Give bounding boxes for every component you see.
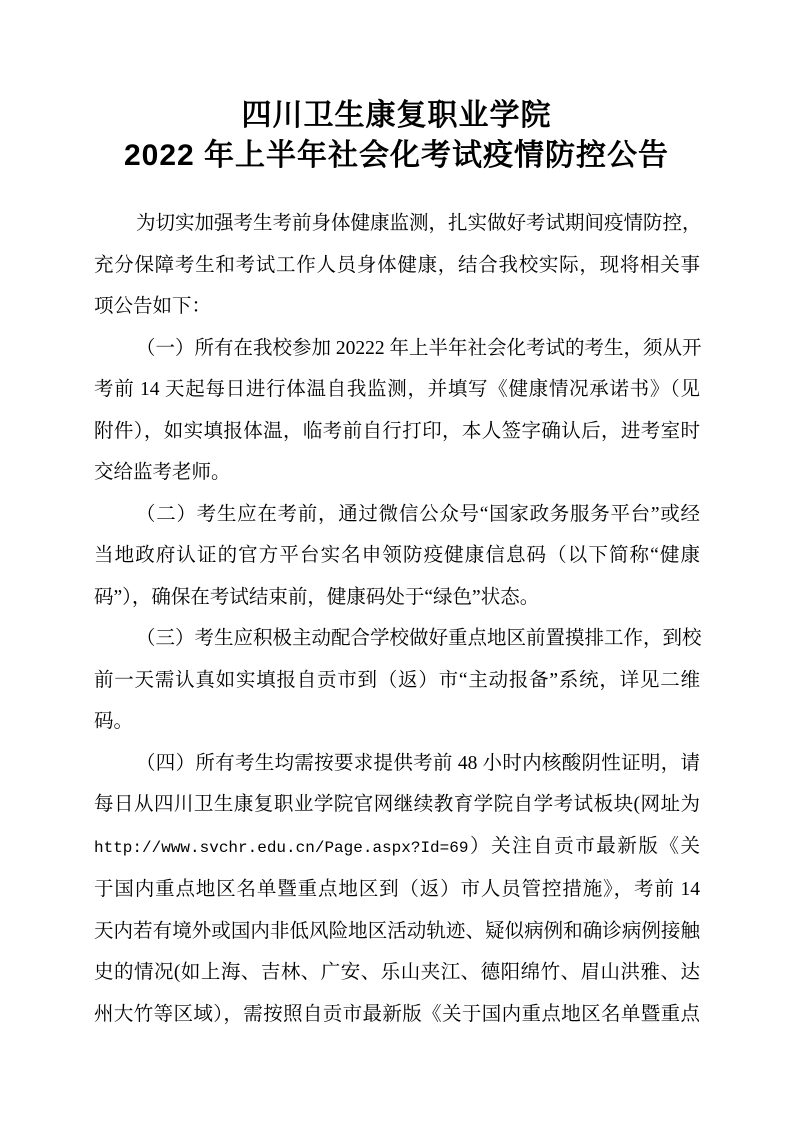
document-page: 四川卫生康复职业学院 2022 年上半年社会化考试疫情防控公告 为切实加强考生考… <box>0 0 793 1122</box>
url-text: http://www.svchr.edu.cn/Page.aspx?Id=69 <box>94 839 468 857</box>
text-line: 为切实加强考生考前身体健康监测，扎实做好考试期间疫情防控， <box>94 203 700 245</box>
item-4-paragraph: （四）所有考生均需按要求提供考前 48 小时内核酸阴性证明，请 每日从四川卫生康… <box>94 743 700 1036</box>
item-1-paragraph: （一）所有在我校参加 20222 年上半年社会化考试的考生，须从开 考前 14 … <box>94 328 700 494</box>
text-line: 史的情况(如上海、吉林、广安、乐山夹江、德阳绵竹、眉山洪雅、达 <box>94 952 700 994</box>
text-line: 于国内重点地区名单暨重点地区到（返）市人员管控措施》，考前 14 <box>94 869 700 911</box>
text-line: 充分保障考生和考试工作人员身体健康，结合我校实际，现将相关事 <box>94 245 700 287</box>
text-line-with-url: http://www.svchr.edu.cn/Page.aspx?Id=69）… <box>94 826 700 870</box>
url-line-rest: ）关注自贡市最新版《关 <box>468 836 700 857</box>
document-body: 为切实加强考生考前身体健康监测，扎实做好考试期间疫情防控， 充分保障考生和考试工… <box>94 203 700 1035</box>
intro-paragraph: 为切实加强考生考前身体健康监测，扎实做好考试期间疫情防控， 充分保障考生和考试工… <box>94 203 700 328</box>
title-line-2: 2022 年上半年社会化考试疫情防控公告 <box>0 136 793 176</box>
text-line: （三）考生应积极主动配合学校做好重点地区前置摸排工作，到校 <box>94 618 700 660</box>
document-title: 四川卫生康复职业学院 2022 年上半年社会化考试疫情防控公告 <box>0 96 793 176</box>
text-line: 码”），确保在考试结束前，健康码处于“绿色”状态。 <box>94 577 700 619</box>
text-line: 项公告如下： <box>94 286 700 328</box>
text-line: 州大竹等区域），需按照自贡市最新版《关于国内重点地区名单暨重点 <box>94 994 700 1036</box>
text-line: 天内若有境外或国内非低风险地区活动轨迹、疑似病例和确诊病例接触 <box>94 911 700 953</box>
text-line: 交给监考老师。 <box>94 452 700 494</box>
text-line: 每日从四川卫生康复职业学院官网继续教育学院自学考试板块(网址为 <box>94 784 700 826</box>
text-line: 附件），如实填报体温，临考前自行打印，本人签字确认后，进考室时 <box>94 411 700 453</box>
title-line-1: 四川卫生康复职业学院 <box>0 96 793 136</box>
text-line: （四）所有考生均需按要求提供考前 48 小时内核酸阴性证明，请 <box>94 743 700 785</box>
text-line: 当地政府认证的官方平台实名申领防疫健康信息码（以下简称“健康 <box>94 535 700 577</box>
item-3-paragraph: （三）考生应积极主动配合学校做好重点地区前置摸排工作，到校 前一天需认真如实填报… <box>94 618 700 743</box>
text-line: （二）考生应在考前，通过微信公众号“国家政务服务平台”或经 <box>94 494 700 536</box>
text-line: （一）所有在我校参加 20222 年上半年社会化考试的考生，须从开 <box>94 328 700 370</box>
text-line: 考前 14 天起每日进行体温自我监测，并填写《健康情况承诺书》（见 <box>94 369 700 411</box>
text-line: 前一天需认真如实填报自贡市到（返）市“主动报备”系统，详见二维 <box>94 660 700 702</box>
item-2-paragraph: （二）考生应在考前，通过微信公众号“国家政务服务平台”或经 当地政府认证的官方平… <box>94 494 700 619</box>
text-line: 码。 <box>94 701 700 743</box>
